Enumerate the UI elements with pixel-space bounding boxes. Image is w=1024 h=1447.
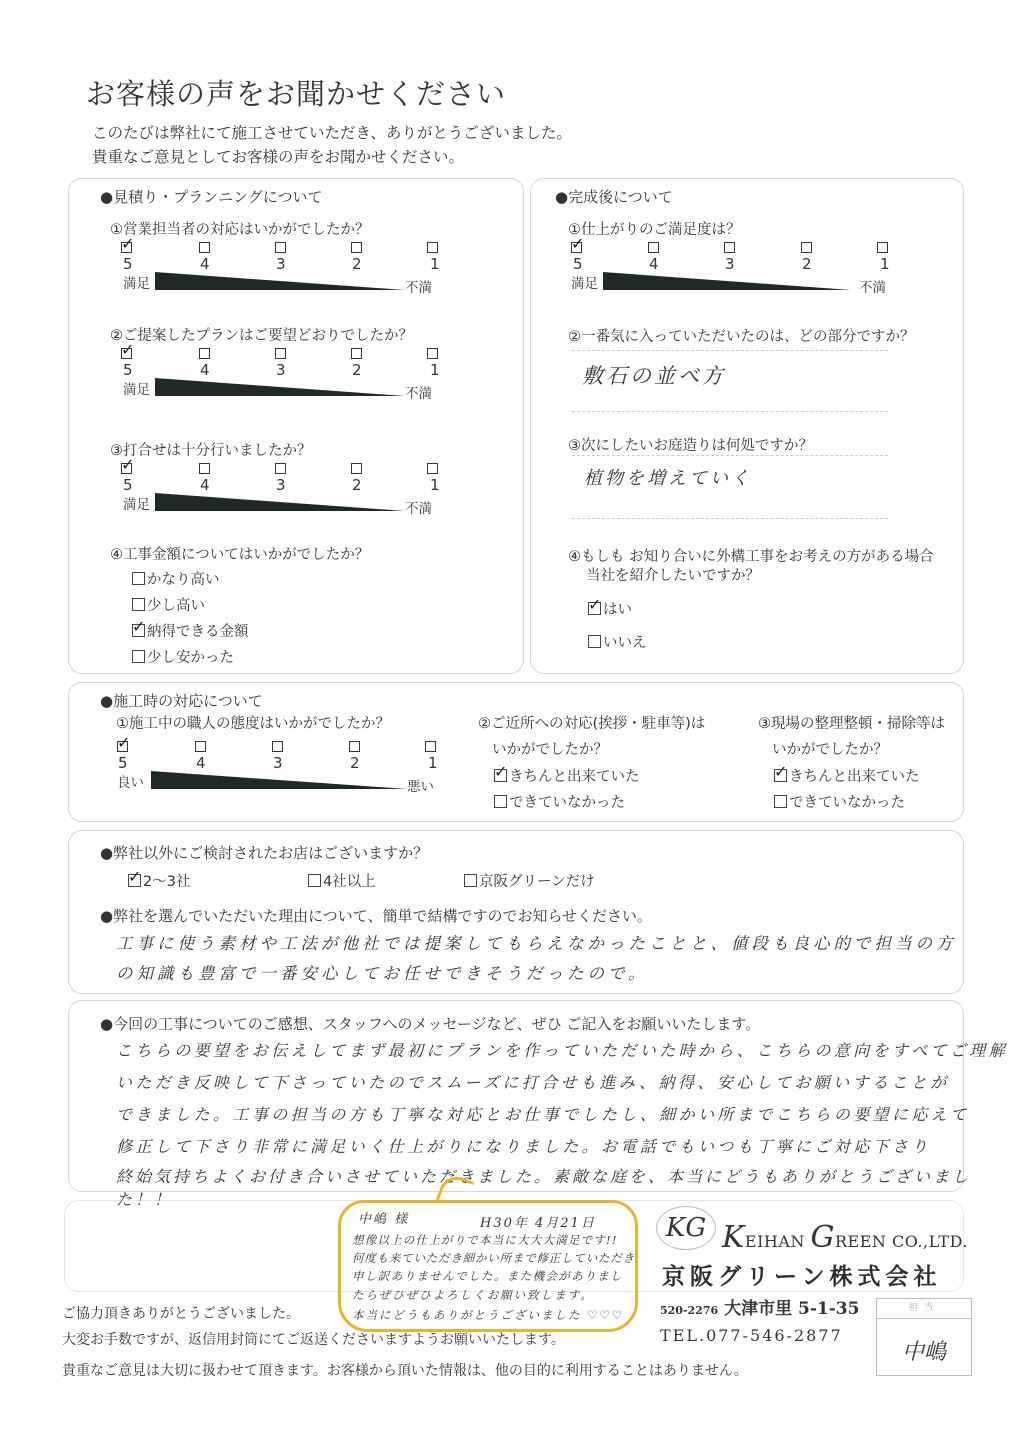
option-label: 少し安かった — [147, 646, 234, 667]
cleanup-option-not-done[interactable]: できていなかった — [774, 791, 905, 812]
rating-4-checkbox[interactable] — [195, 741, 206, 752]
reply-line-1: 想像以上の仕上がりで本当に大大大満足です!! — [352, 1232, 618, 1248]
option-label: きちんと出来ていた — [509, 765, 640, 786]
competitor-heading: ●弊社以外にご検討されたお店はございますか？ — [100, 842, 428, 863]
rating-2-checkbox[interactable] — [351, 242, 362, 253]
good-label: 良い — [117, 771, 144, 791]
rating-4-checkbox[interactable] — [199, 242, 210, 253]
price-option-very-high[interactable]: かなり高い — [132, 568, 220, 589]
company-tel: TEL.077-546-2877 — [660, 1326, 843, 1345]
estimate-heading: ●見積り・プランニングについて — [100, 186, 323, 207]
rating-3-label: 3 — [725, 255, 735, 273]
dissatisfied-label: 不満 — [859, 276, 886, 296]
satisfied-label: 満足 — [123, 493, 150, 513]
staff-stamp-box: 担当 中嶋 — [876, 1298, 972, 1376]
page-title: お客様の声をお聞かせください — [86, 72, 506, 113]
construction-q1-scale: 5 4 3 2 1 良い 悪い — [117, 741, 447, 813]
rating-2-checkbox[interactable] — [801, 242, 812, 253]
completion-heading: ●完成後について — [555, 186, 673, 207]
reply-line-4: たらぜひぜひよろしくお願い致します。 — [352, 1287, 594, 1303]
checkbox[interactable] — [464, 874, 477, 887]
price-option-bit-cheap[interactable]: 少し安かった — [132, 646, 234, 667]
satisfied-label: 満足 — [123, 378, 150, 398]
construction-q2-label-2: いかがでしたか？ — [492, 738, 608, 759]
scale-wedge — [151, 771, 407, 789]
completion-q3-answer: 植物を増えていく — [584, 464, 752, 490]
option-label: きちんと出来ていた — [789, 765, 920, 786]
stamp-header: 担当 — [877, 1299, 971, 1319]
scale-wedge — [155, 493, 405, 511]
scale-wedge — [603, 272, 851, 290]
dissatisfied-label: 不満 — [405, 382, 432, 402]
price-option-reasonable[interactable]: 納得できる金額 — [132, 620, 249, 641]
brand-initial-k: K — [722, 1220, 745, 1255]
checkbox[interactable] — [494, 795, 507, 808]
option-label: はい — [603, 598, 632, 619]
scale-wedge — [155, 272, 405, 290]
brand-part-2: REEN CO.,LTD. — [835, 1232, 968, 1251]
competitor-option-2-3[interactable]: 2～3社 — [128, 870, 190, 891]
construction-q1-label: ①施工中の職人の態度はいかがでしたか？ — [116, 712, 390, 733]
rating-1-label: 1 — [880, 255, 890, 273]
reason-heading: ●弊社を選んでいただいた理由について、簡単で結構ですのでお知らせください。 — [100, 905, 652, 926]
rating-3-label: 3 — [273, 754, 283, 772]
completion-q3-label: ③次にしたいお庭造りは何処ですか？ — [568, 434, 813, 455]
rating-2-label: 2 — [352, 361, 362, 379]
bad-label: 悪い — [407, 775, 434, 795]
completion-q2-answer: 敷石の並べ方 — [582, 360, 726, 390]
rating-2-label: 2 — [352, 476, 362, 494]
rating-1-label: 1 — [430, 255, 440, 273]
rating-5-label: 5 — [123, 361, 133, 379]
rating-1-checkbox[interactable] — [427, 242, 438, 253]
reply-line-3: 申し訳ありませんでした。また機会がありまし — [352, 1268, 623, 1284]
completion-q4-label-1: ④もしも お知り合いに外構工事をお考えの方がある場合 — [568, 545, 934, 566]
checkbox[interactable] — [132, 650, 145, 663]
rating-2-checkbox[interactable] — [351, 463, 362, 474]
construction-heading: ●施工時の対応について — [100, 690, 263, 711]
rating-1-checkbox[interactable] — [427, 348, 438, 359]
option-label: 納得できる金額 — [147, 620, 249, 641]
rating-5-checkbox[interactable] — [121, 348, 132, 359]
option-label: 2～3社 — [143, 870, 190, 891]
company-logo-icon: KG — [656, 1206, 716, 1250]
company-name-jp: 京阪グリーン株式会社 — [662, 1258, 942, 1291]
checkbox[interactable] — [132, 572, 145, 585]
company-address: 520-2276 大津市里 5-1-35 — [660, 1294, 859, 1319]
rating-4-label: 4 — [200, 476, 210, 494]
company-name-en: KEIHAN GREEN CO.,LTD. — [722, 1220, 968, 1255]
zip-code: 520-2276 — [660, 1304, 718, 1317]
staff-signature: 中嶋 — [877, 1335, 971, 1366]
rating-1-label: 1 — [430, 361, 440, 379]
price-option-bit-high[interactable]: 少し高い — [132, 594, 205, 615]
option-label: 4社以上 — [323, 870, 376, 891]
estimate-q2-label: ②ご提案したプランはご要望どおりでしたか？ — [110, 324, 413, 345]
satisfied-label: 満足 — [571, 272, 598, 292]
message-line-1: こちらの要望をお伝えしてまず最初にプランを作っていただいた時から、こちらの意向を… — [116, 1038, 1008, 1061]
rating-4-checkbox[interactable] — [199, 348, 210, 359]
rating-2-label: 2 — [350, 754, 360, 772]
construction-q2-label-1: ②ご近所への対応(挨拶・駐車等)は — [478, 712, 705, 733]
footer-privacy: 貴重なご意見は大切に扱わせて頂きます。お客様から頂いた情報は、他の目的に利用する… — [62, 1360, 748, 1380]
checkbox-checked[interactable] — [588, 602, 601, 615]
rating-5-label: 5 — [123, 255, 133, 273]
dissatisfied-label: 不満 — [405, 276, 432, 296]
competitor-option-4-plus[interactable]: 4社以上 — [308, 870, 376, 891]
brand-part-1: EIHAN — [745, 1232, 811, 1251]
rating-3-checkbox[interactable] — [724, 242, 735, 253]
option-label: できていなかった — [509, 791, 625, 812]
rating-3-checkbox[interactable] — [275, 463, 286, 474]
reason-answer-line-2: の知識も豊富で一番安心してお任せできそうだったので。 — [116, 960, 649, 984]
estimate-q1-label: ①営業担当者の対応はいかがでしたか？ — [110, 218, 370, 239]
checkbox-checked[interactable] — [774, 769, 787, 782]
completion-q4-label-2: 当社を紹介したいですか？ — [586, 564, 760, 585]
checkbox[interactable] — [588, 635, 601, 648]
construction-q3-label-2: いかがでしたか？ — [772, 738, 888, 759]
reply-addressee: 中嶋 様 — [358, 1208, 409, 1227]
option-label: 京阪グリーンだけ — [479, 870, 595, 891]
rating-1-checkbox[interactable] — [877, 242, 888, 253]
intro-line-1: このたびは弊社にて施工させていただき、ありがとうございました。 — [92, 121, 572, 143]
rating-5-label: 5 — [123, 476, 133, 494]
message-line-2: いただき反映して下さっていたのでスムーズに打合せも進み、納得、安心してお願いする… — [116, 1070, 950, 1093]
brand-initial-g: G — [811, 1220, 835, 1255]
rating-3-checkbox[interactable] — [275, 242, 286, 253]
option-label: かなり高い — [147, 568, 220, 589]
rating-4-checkbox[interactable] — [648, 242, 659, 253]
rating-3-label: 3 — [276, 476, 286, 494]
cleanup-option-done[interactable]: きちんと出来ていた — [774, 765, 920, 786]
satisfied-label: 満足 — [123, 272, 150, 292]
rating-4-label: 4 — [649, 255, 659, 273]
rating-2-label: 2 — [802, 255, 812, 273]
checkbox-checked[interactable] — [128, 874, 141, 887]
checkbox-checked[interactable] — [494, 769, 507, 782]
rating-1-label: 1 — [428, 754, 438, 772]
footer-return-request: 大変お手数ですが、返信用封筒にてご返送くださいますようお願いいたします。 — [62, 1329, 565, 1349]
address-text: 大津市里 5-1-35 — [724, 1299, 859, 1319]
refer-option-yes[interactable]: はい — [588, 598, 632, 619]
rating-3-checkbox[interactable] — [272, 741, 283, 752]
rating-3-label: 3 — [276, 361, 286, 379]
rating-3-checkbox[interactable] — [275, 348, 286, 359]
rating-4-label: 4 — [200, 255, 210, 273]
competitor-option-keihan-only[interactable]: 京阪グリーンだけ — [464, 870, 595, 891]
refer-option-no[interactable]: いいえ — [588, 631, 647, 652]
rating-5-checkbox[interactable] — [571, 242, 582, 253]
rating-1-checkbox[interactable] — [425, 741, 436, 752]
completion-q2-label: ②一番気に入っていただいたのは、どの部分ですか？ — [568, 325, 915, 346]
estimate-q1-scale: 5 4 3 2 1 満足 不満 — [121, 242, 451, 314]
message-line-3: できました。工事の担当の方も丁寧な対応とお仕事でしたし、細かい所までこちらの要望… — [116, 1102, 970, 1125]
rating-1-label: 1 — [430, 476, 440, 494]
scale-wedge — [155, 378, 405, 396]
rating-5-label: 5 — [573, 255, 583, 273]
option-label: いいえ — [603, 631, 647, 652]
rating-5-checkbox[interactable] — [121, 463, 132, 474]
rating-4-label: 4 — [200, 361, 210, 379]
option-label: 少し高い — [147, 594, 205, 615]
intro-line-2: 貴重なご意見としてお客様の声をお聞かせください。 — [92, 145, 464, 167]
rating-2-label: 2 — [352, 255, 362, 273]
reply-line-2: 何度も来ていただき細かい所まで修正していただき — [352, 1250, 635, 1266]
rating-3-label: 3 — [276, 255, 286, 273]
message-heading: ●今回の工事についてのご感想、スタッフへのメッセージなど、ぜひ ご記入をお願いい… — [100, 1013, 760, 1034]
rating-2-checkbox[interactable] — [351, 348, 362, 359]
message-line-4: 修正して下さり非常に満足いく仕上がりになりました。お電話でもいつも丁寧にご対応下… — [116, 1134, 931, 1157]
rating-2-checkbox[interactable] — [349, 741, 360, 752]
rating-5-checkbox[interactable] — [121, 242, 132, 253]
rating-5-checkbox[interactable] — [117, 741, 128, 752]
option-label: できていなかった — [789, 791, 905, 812]
checkbox[interactable] — [132, 598, 145, 611]
estimate-q3-label: ③打合せは十分行いましたか？ — [110, 439, 312, 460]
construction-q3-label-1: ③現場の整理整頓・掃除等は — [758, 712, 945, 733]
checkbox[interactable] — [308, 874, 321, 887]
neighbor-option-done[interactable]: きちんと出来ていた — [494, 765, 640, 786]
estimate-q3-scale: 5 4 3 2 1 満足 不満 — [121, 463, 451, 535]
checkbox-checked[interactable] — [132, 624, 145, 637]
reply-line-5: 本当にどうもありがとうございました ♡♡♡ — [352, 1307, 624, 1323]
checkbox[interactable] — [774, 795, 787, 808]
rating-4-label: 4 — [196, 754, 206, 772]
completion-q1-label: ①仕上がりのご満足度は？ — [568, 218, 741, 239]
rating-5-label: 5 — [118, 754, 128, 772]
rating-1-checkbox[interactable] — [427, 463, 438, 474]
completion-q1-scale: 5 4 3 2 1 満足 不満 — [571, 242, 901, 314]
footer-thanks: ご協力頂きありがとうございました。 — [62, 1303, 300, 1323]
dissatisfied-label: 不満 — [405, 497, 432, 517]
estimate-q2-scale: 5 4 3 2 1 満足 不満 — [121, 348, 451, 420]
reply-date: H30年 4月21日 — [480, 1212, 596, 1231]
estimate-q4-label: ④工事金額についてはいかがでしたか？ — [110, 543, 369, 564]
neighbor-option-not-done[interactable]: できていなかった — [494, 791, 625, 812]
reason-answer-line-1: 工事に使う素材や工法が他社では提案してもらえなかったことと、値段も良心的で担当の… — [116, 930, 957, 954]
rating-4-checkbox[interactable] — [199, 463, 210, 474]
